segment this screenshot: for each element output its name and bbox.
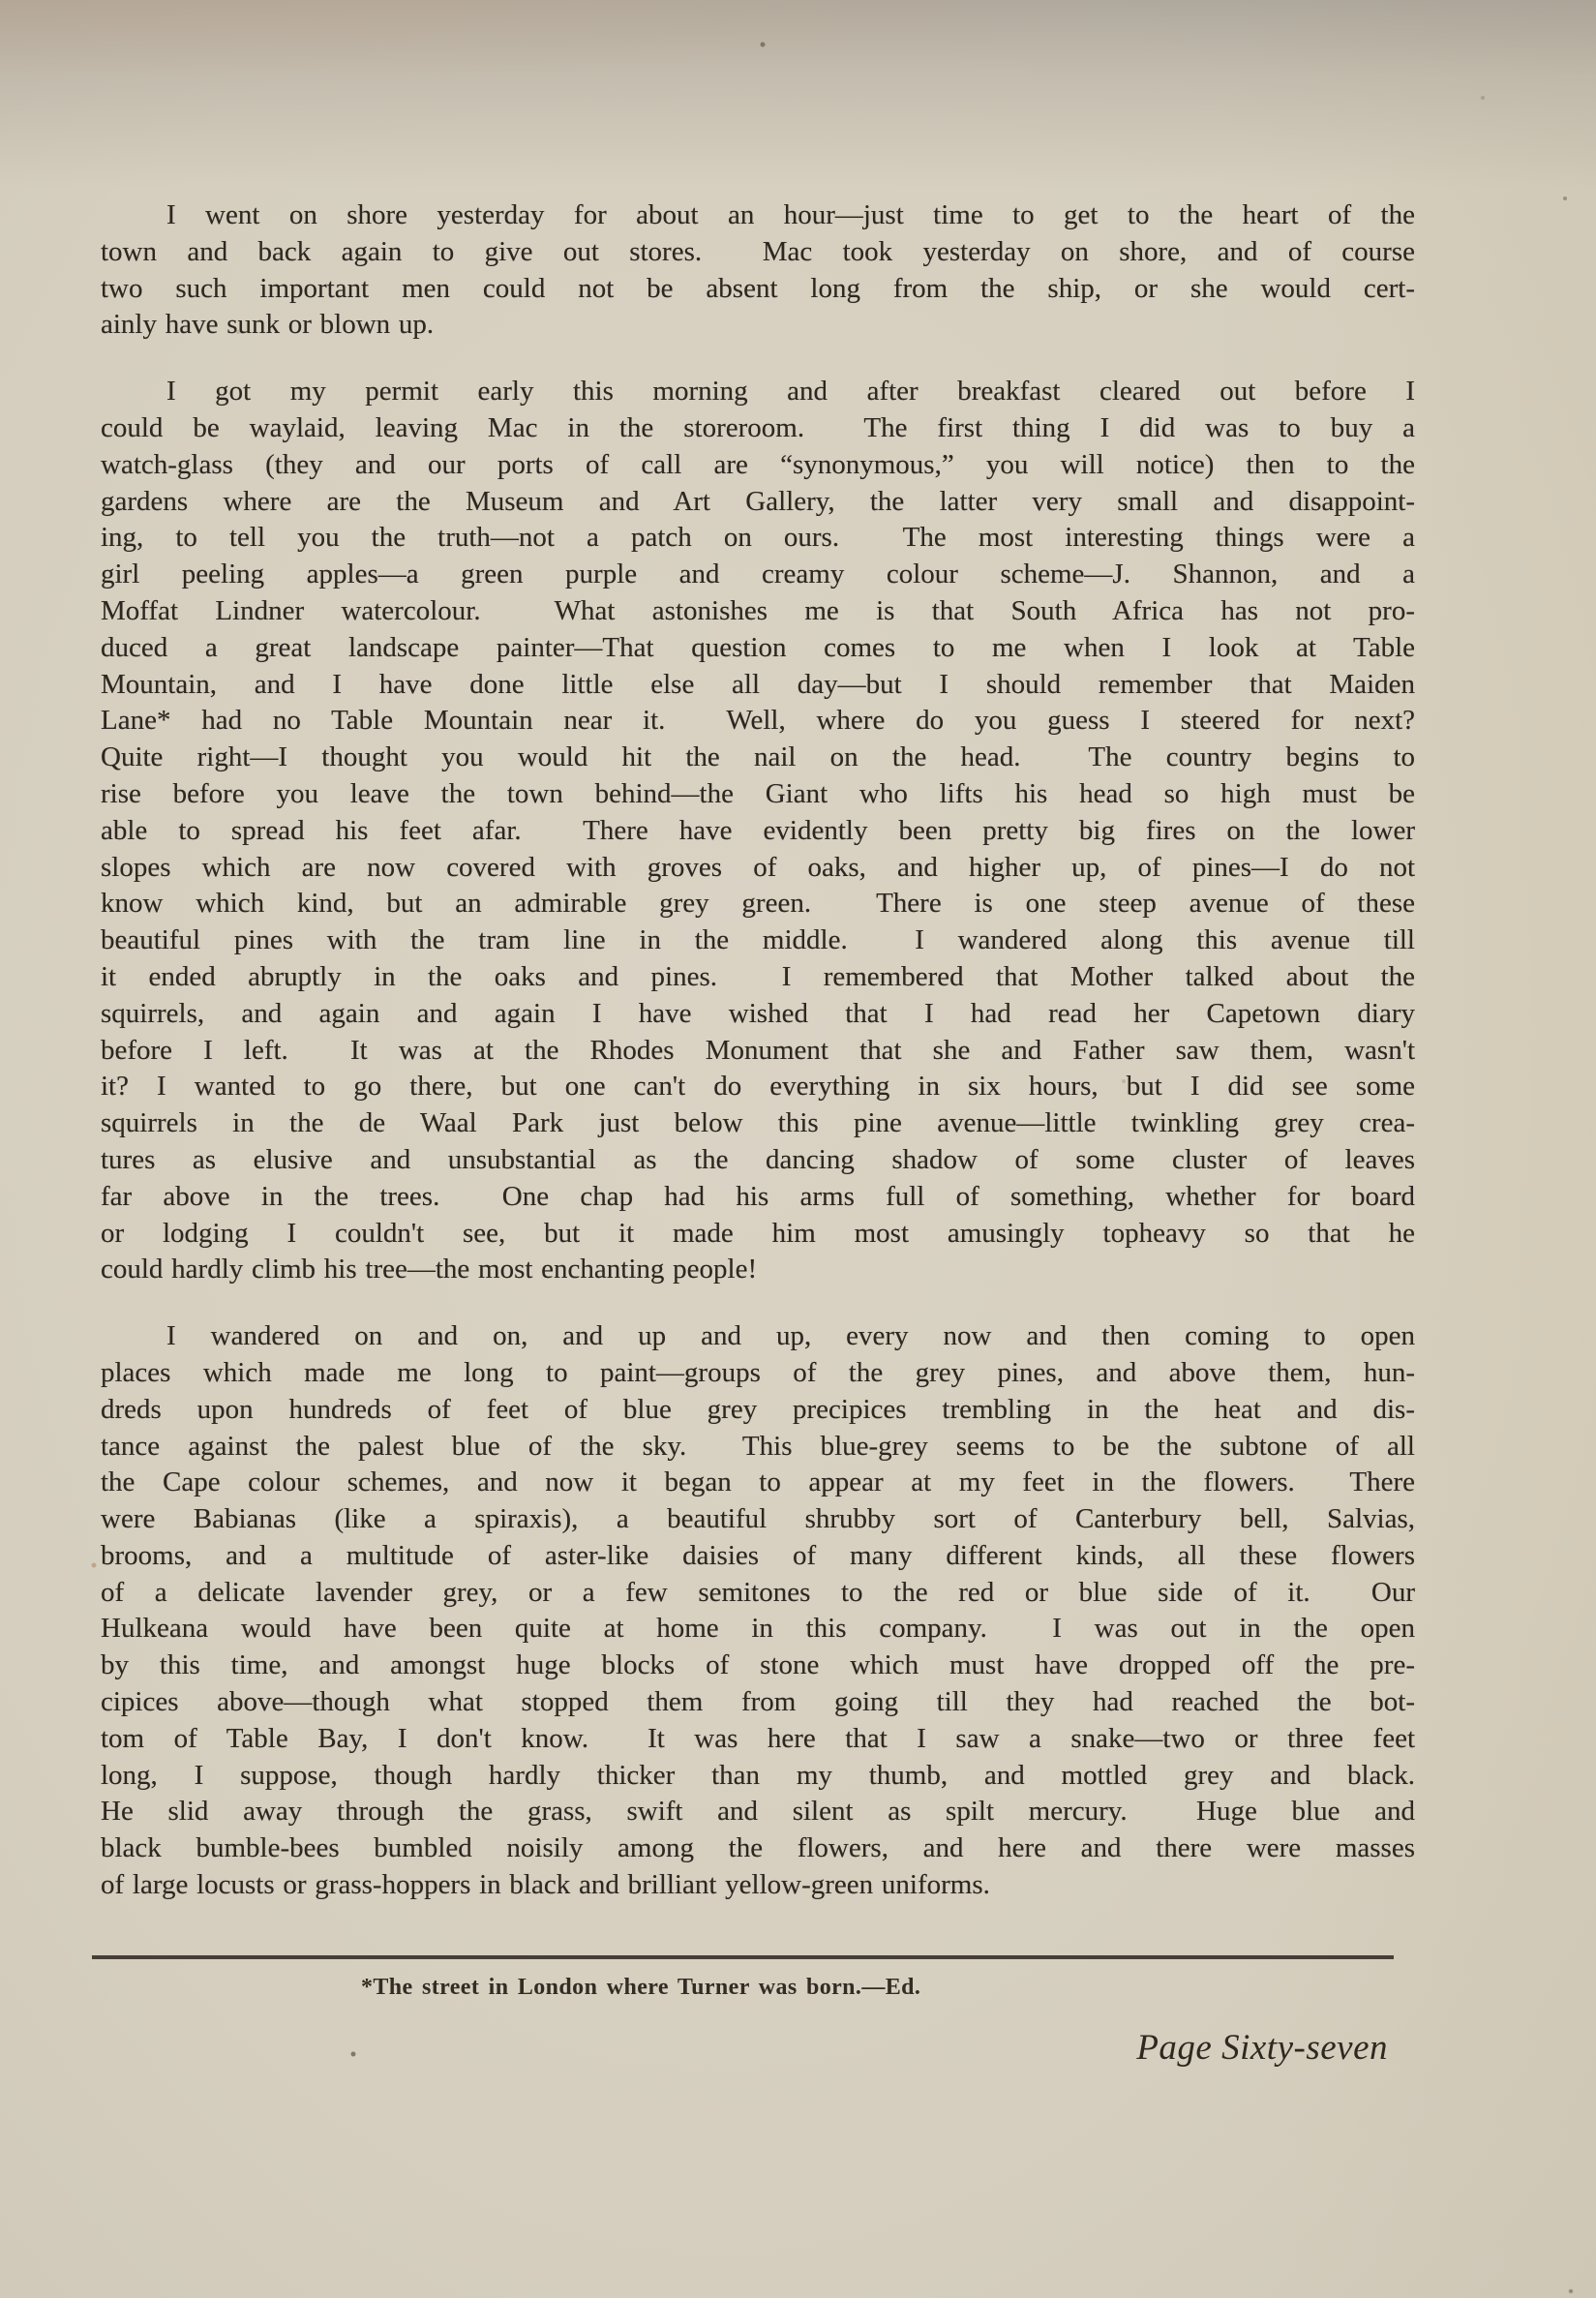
paragraph: I went on shore yesterday for about an h… — [101, 197, 1415, 344]
text-line: able to spread his feet afar. There have… — [101, 813, 1415, 850]
paragraph: I wandered on and on, and up and up, eve… — [101, 1318, 1415, 1904]
text-line: watch-glass (they and our ports of call … — [101, 447, 1415, 484]
text-line: it ended abruptly in the oaks and pines.… — [101, 959, 1415, 996]
text-line: I got my permit early this morning and a… — [101, 374, 1415, 410]
text-line: it? I wanted to go there, but one can't … — [101, 1069, 1415, 1105]
text-line: tom of Table Bay, I don't know. It was h… — [101, 1721, 1415, 1758]
book-page: I went on shore yesterday for about an h… — [0, 0, 1596, 2298]
footnote-rule — [92, 1955, 1394, 1959]
text-line: tures as elusive and unsubstantial as th… — [101, 1142, 1415, 1179]
text-line: ing, to tell you the truth—not a patch o… — [101, 520, 1415, 557]
text-line: slopes which are now covered with groves… — [101, 850, 1415, 887]
text-line: town and back again to give out stores. … — [101, 234, 1415, 271]
text-line: Hulkeana would have been quite at home i… — [101, 1611, 1415, 1648]
text-line: Moffat Lindner watercolour. What astonis… — [101, 593, 1415, 630]
text-line: could hardly climb his tree—the most enc… — [101, 1252, 1415, 1288]
text-line: were Babianas (like a spiraxis), a beaut… — [101, 1501, 1415, 1538]
text-line: far above in the trees. One chap had his… — [101, 1179, 1415, 1216]
text-line: Quite right—I thought you would hit the … — [101, 740, 1415, 776]
text-line: gardens where are the Museum and Art Gal… — [101, 484, 1415, 521]
text-line: or lodging I couldn't see, but it made h… — [101, 1216, 1415, 1253]
text-line: the Cape colour schemes, and now it bega… — [101, 1465, 1415, 1501]
text-line: I wandered on and on, and up and up, eve… — [101, 1318, 1415, 1355]
footnote: *The street in London where Turner was b… — [361, 1975, 920, 2001]
text-line: of a delicate lavender grey, or a few se… — [101, 1575, 1415, 1612]
page-number: Page Sixty-seven — [1136, 2027, 1388, 2069]
text-line: cipices above—though what stopped them f… — [101, 1684, 1415, 1721]
paragraph: I got my permit early this morning and a… — [101, 374, 1415, 1288]
text-line: squirrels, and again and again I have wi… — [101, 996, 1415, 1033]
text-line: girl peeling apples—a green purple and c… — [101, 557, 1415, 593]
paper-specks — [0, 0, 2, 2]
text-line: ainly have sunk or blown up. — [101, 307, 1415, 344]
text-line: beautiful pines with the tram line in th… — [101, 922, 1415, 959]
text-line: Mountain, and I have done little else al… — [101, 667, 1415, 704]
text-line: dreds upon hundreds of feet of blue grey… — [101, 1392, 1415, 1429]
text-line: tance against the palest blue of the sky… — [101, 1429, 1415, 1466]
text-line: squirrels in the de Waal Park just below… — [101, 1105, 1415, 1142]
page-top-shading — [0, 0, 1596, 189]
text-line: Lane* had no Table Mountain near it. Wel… — [101, 703, 1415, 740]
text-line: brooms, and a multitude of aster-like da… — [101, 1538, 1415, 1575]
text-line: of large locusts or grass-hoppers in bla… — [101, 1867, 1415, 1904]
text-line: long, I suppose, though hardly thicker t… — [101, 1758, 1415, 1795]
text-line: two such important men could not be abse… — [101, 271, 1415, 308]
text-line: know which kind, but an admirable grey g… — [101, 886, 1415, 922]
text-line: duced a great landscape painter—That que… — [101, 630, 1415, 667]
text-line: He slid away through the grass, swift an… — [101, 1794, 1415, 1830]
text-line: before I left. It was at the Rhodes Monu… — [101, 1033, 1415, 1070]
text-line: by this time, and amongst huge blocks of… — [101, 1648, 1415, 1684]
page-text: I went on shore yesterday for about an h… — [101, 197, 1415, 1934]
text-line: I went on shore yesterday for about an h… — [101, 197, 1415, 234]
text-line: places which made me long to paint—group… — [101, 1355, 1415, 1392]
text-line: rise before you leave the town behind—th… — [101, 776, 1415, 813]
text-line: could be waylaid, leaving Mac in the sto… — [101, 410, 1415, 447]
text-line: black bumble-bees bumbled noisily among … — [101, 1830, 1415, 1867]
